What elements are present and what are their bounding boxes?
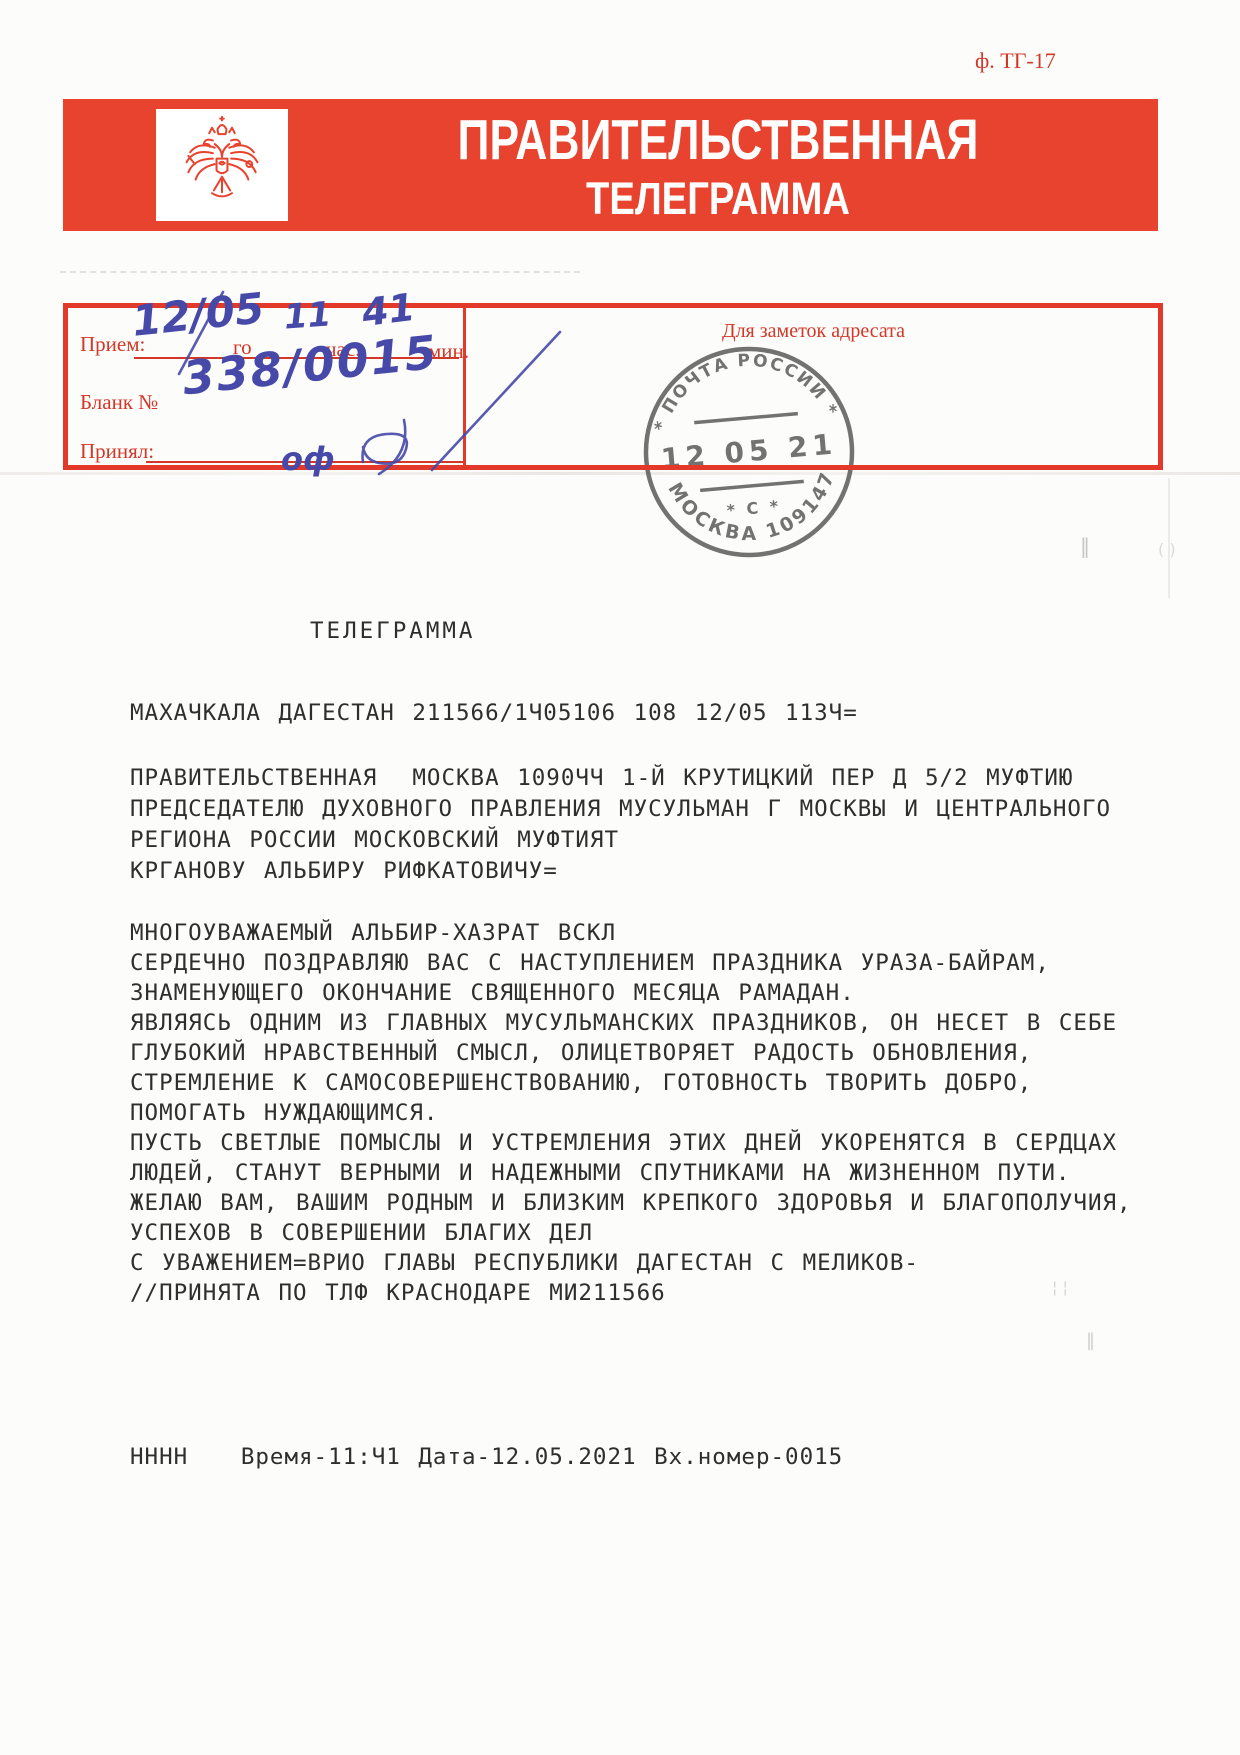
banner-title-line1: ПРАВИТЕЛЬСТВЕННАЯ [394, 107, 1041, 173]
form-code: ф. ТГ-17 [975, 48, 1056, 74]
body-line: ЗНАМЕНУЮЩЕГО ОКОНЧАНИЕ СВЯЩЕННОГО МЕСЯЦА… [130, 978, 1190, 1008]
body-line: ЛЮДЕЙ, СТАНУТ ВЕРНЫМИ И НАДЕЖНЫМИ СПУТНИ… [130, 1158, 1190, 1188]
emblem-box [156, 109, 288, 221]
body-line: ЯВЛЯЯСЬ ОДНИМ ИЗ ГЛАВНЫХ МУСУЛЬМАНСКИХ П… [130, 1008, 1190, 1038]
banner: ПРАВИТЕЛЬСТВЕННАЯ ТЕЛЕГРАММА [63, 99, 1158, 231]
scan-artifact [1168, 478, 1170, 598]
signature-loop [363, 434, 407, 464]
body-line: ПУСТЬ СВЕТЛЫЕ ПОМЫСЛЫ И УСТРЕМЛЕНИЯ ЭТИХ… [130, 1128, 1190, 1158]
scan-artifact: ‖ [1086, 1330, 1095, 1351]
body-line: ЖЕЛАЮ ВАМ, ВАШИМ РОДНЫМ И БЛИЗКИМ КРЕПКО… [130, 1188, 1190, 1218]
address-line: ПРАВИТЕЛЬСТВЕННАЯ МОСКВА 1090ЧЧ 1-Й КРУТ… [130, 763, 1190, 794]
signature-tail [379, 420, 405, 474]
address-line: ПРЕДСЕДАТЕЛЮ ДУХОВНОГО ПРАВЛЕНИЯ МУСУЛЬМ… [130, 794, 1190, 825]
body-line: ГЛУБОКИЙ НРАВСТВЕННЫЙ СМЫСЛ, ОЛИЦЕТВОРЯЕ… [130, 1038, 1190, 1068]
pen-slash-stroke [432, 332, 560, 470]
address-line: РЕГИОНА РОССИИ МОСКОВСКИЙ МУФТИЯТ [130, 825, 1190, 856]
body-line: СЕРДЕЧНО ПОЗДРАВЛЯЮ ВАС С НАСТУПЛЕНИЕМ П… [130, 948, 1190, 978]
telegram-service-line: МАХАЧКАЛА ДАГЕСТАН 211566/1Ч05106 108 12… [130, 698, 1190, 728]
body-line: //ПРИНЯТА ПО ТЛФ КРАСНОДАРЕ МИ211566 [130, 1278, 1190, 1308]
body-line: МНОГОУВАЖАЕМЫЙ АЛЬБИР-ХАЗРАТ ВСКЛ [130, 918, 1190, 948]
telegram-scan-page: ф. ТГ-17 [0, 0, 1240, 1755]
handwriting-strokes: оф [63, 270, 1163, 510]
body-line: СТРЕМЛЕНИЕ К САМОСОВЕРШЕНСТВОВАНИЮ, ГОТО… [130, 1068, 1190, 1098]
body-line: С УВАЖЕНИЕМ=ВРИО ГЛАВЫ РЕСПУБЛИКИ ДАГЕСТ… [130, 1248, 1190, 1278]
scan-artifact: ( ) [1158, 540, 1176, 559]
address-line: КРГАНОВУ АЛЬБИРУ РИФКАТОВИЧУ= [130, 856, 1190, 887]
telegram-heading: ТЕЛЕГРАММА [310, 616, 1190, 646]
body-line: ПОМОГАТЬ НУЖДАЮЩИМСЯ. [130, 1098, 1190, 1128]
telegram-footer-line: НННН Время-11:Ч1 Дата-12.05.2021 Вх.номе… [130, 1442, 1190, 1472]
prinyal-signature-text: оф [281, 440, 335, 478]
pen-slash-stroke-2 [179, 292, 223, 374]
body-line: УСПЕХОВ В СОВЕРШЕНИИ БЛАГИХ ДЕЛ [130, 1218, 1190, 1248]
telegram-address-block: ПРАВИТЕЛЬСТВЕННАЯ МОСКВА 1090ЧЧ 1-Й КРУТ… [130, 763, 1190, 887]
coat-of-arms-icon [172, 115, 272, 215]
banner-title-line2: ТЕЛЕГРАММА [365, 173, 1071, 225]
telegram-message-block: МНОГОУВАЖАЕМЫЙ АЛЬБИР-ХАЗРАТ ВСКЛ СЕРДЕЧ… [130, 918, 1190, 1308]
telegram-body: ТЕЛЕГРАММА МАХАЧКАЛА ДАГЕСТАН 211566/1Ч0… [130, 616, 1190, 1472]
scan-artifact: ‖ [1080, 534, 1090, 558]
scan-artifact: ¦ ¦ [1052, 1278, 1068, 1297]
